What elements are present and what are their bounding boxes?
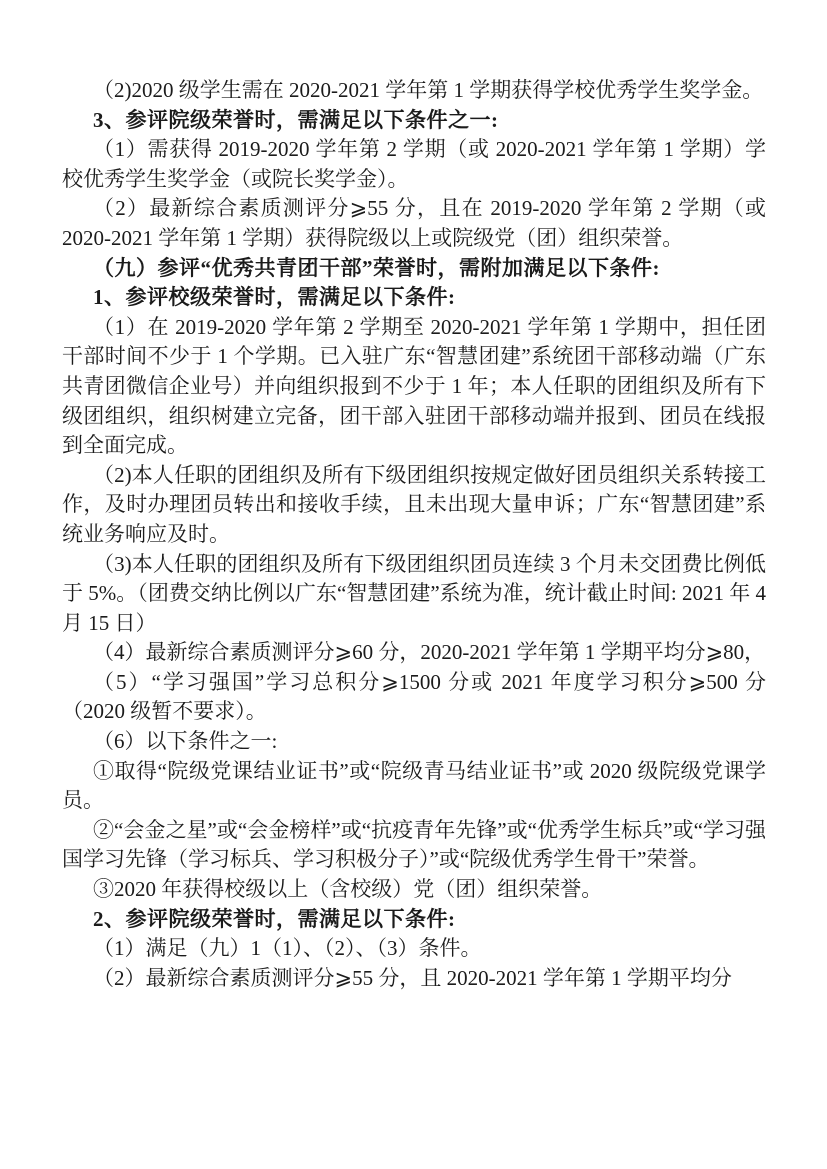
body-paragraph: ①取得“院级党课结业证书”或“院级青马结业证书”或 2020 级院级党课学员。 [62,757,766,816]
body-paragraph: （2)本人任职的团组织及所有下级团组织按规定做好团员组织关系转接工作，及时办理团… [62,461,766,550]
document-page: （2)2020 级学生需在 2020-2021 学年第 1 学期获得学校优秀学生… [0,0,827,1169]
section-heading: 1、参评校级荣誉时，需满足以下条件: [62,283,766,313]
document-text-block: （2)2020 级学生需在 2020-2021 学年第 1 学期获得学校优秀学生… [62,76,766,993]
body-paragraph: （6）以下条件之一: [62,727,766,757]
body-paragraph: ③2020 年获得校级以上（含校级）党（团）组织荣誉。 [62,875,766,905]
section-heading: 2、参评院级荣誉时，需满足以下条件: [62,905,766,935]
body-paragraph: （5）“学习强国”学习总积分⩾1500 分或 2021 年度学习积分⩾500 分… [62,668,766,727]
body-paragraph: （3)本人任职的团组织及所有下级团组织团员连续 3 个月未交团费比例低于 5%。… [62,550,766,639]
body-paragraph: （2）最新综合素质测评分⩾55 分，且 2020-2021 学年第 1 学期平均… [62,964,766,994]
body-paragraph: ②“会金之星”或“会金榜样”或“抗疫青年先锋”或“优秀学生标兵”或“学习强国学习… [62,816,766,875]
body-paragraph: （1）需获得 2019-2020 学年第 2 学期（或 2020-2021 学年… [62,135,766,194]
body-paragraph: （2）最新综合素质测评分⩾55 分，且在 2019-2020 学年第 2 学期（… [62,194,766,253]
body-paragraph: （4）最新综合素质测评分⩾60 分，2020-2021 学年第 1 学期平均分⩾… [62,638,766,668]
body-paragraph: （1）满足（九）1（1）、（2）、（3）条件。 [62,934,766,964]
section-heading: （九）参评“优秀共青团干部”荣誉时，需附加满足以下条件: [62,254,766,284]
body-paragraph: （1）在 2019-2020 学年第 2 学期至 2020-2021 学年第 1… [62,313,766,461]
body-paragraph: （2)2020 级学生需在 2020-2021 学年第 1 学期获得学校优秀学生… [62,76,766,106]
section-heading: 3、参评院级荣誉时，需满足以下条件之一: [62,106,766,136]
